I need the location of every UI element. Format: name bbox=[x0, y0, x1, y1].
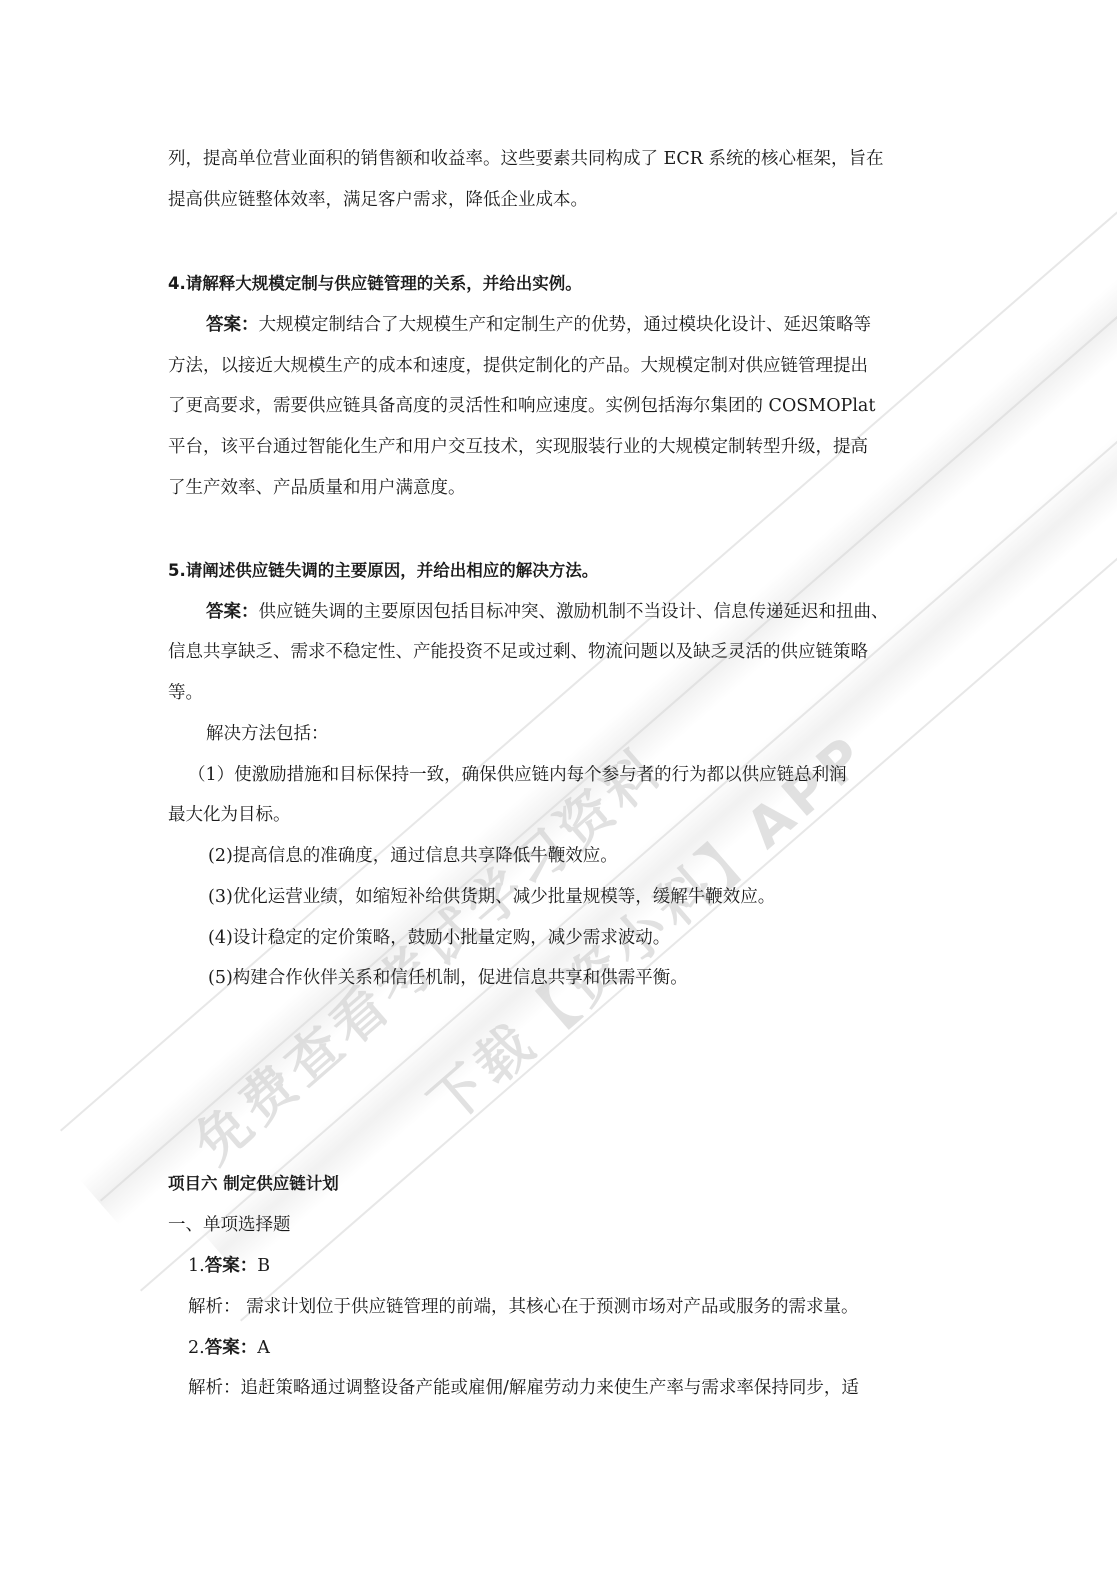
analysis-label: 解析： bbox=[188, 1378, 241, 1398]
answer-line: 了更高要求，需要供应链具备高度的灵活性和响应速度。实例包括海尔集团的 COSMO… bbox=[168, 394, 875, 418]
question-5-answer-line: 答案：供应链失调的主要原因包括目标冲突、激励机制不当设计、信息传递延迟和扭曲、 bbox=[206, 600, 889, 624]
section-heading: 一、单项选择题 bbox=[168, 1213, 291, 1237]
answer-label: 答案： bbox=[205, 1256, 258, 1276]
paragraph-line: 提高供应链整体效率，满足客户需求，降低企业成本。 bbox=[168, 188, 588, 212]
answer-label: 答案： bbox=[206, 315, 259, 335]
solution-item-5: (5)构建合作伙伴关系和信任机制，促进信息共享和供需平衡。 bbox=[208, 966, 688, 990]
answer-value: A bbox=[257, 1338, 270, 1358]
analysis-text: 需求计划位于供应链管理的前端，其核心在于预测市场对产品或服务的需求量。 bbox=[241, 1297, 859, 1317]
watermark: 免费查看考试学习资料 下载【资小料】APP bbox=[0, 0, 1117, 1579]
answer-label: 答案： bbox=[205, 1338, 258, 1358]
answer-value: B bbox=[257, 1256, 270, 1276]
answer-text: 供应链失调的主要原因包括目标冲突、激励机制不当设计、信息传递延迟和扭曲、 bbox=[259, 602, 889, 622]
watermark-stroke bbox=[140, 372, 1117, 1292]
question-5-title: 5.请阐述供应链失调的主要原因，并给出相应的解决方法。 bbox=[168, 559, 598, 583]
question-4-title: 4.请解释大规模定制与供应链管理的关系，并给出实例。 bbox=[168, 272, 582, 296]
solutions-intro: 解决方法包括： bbox=[206, 722, 329, 746]
answer-label: 答案： bbox=[206, 602, 259, 622]
project-6-title: 项目六 制定供应链计划 bbox=[168, 1172, 339, 1196]
item-number: 1. bbox=[188, 1256, 205, 1276]
mc-analysis-1: 解析： 需求计划位于供应链管理的前端，其核心在于预测市场对产品或服务的需求量。 bbox=[188, 1295, 859, 1319]
answer-line: 方法，以接近大规模生产的成本和速度，提供定制化的产品。大规模定制对供应链管理提出 bbox=[168, 354, 868, 378]
item-number: 2. bbox=[188, 1338, 205, 1358]
watermark-text-line1: 免费查看考试学习资料 bbox=[175, 726, 678, 1178]
mc-analysis-2: 解析：追赶策略通过调整设备产能或雇佣/解雇劳动力来使生产率与需求率保持同步，适 bbox=[188, 1376, 859, 1400]
solution-item-3: (3)优化运营业绩，如缩短补给供货期、减少批量规模等，缓解牛鞭效应。 bbox=[208, 885, 775, 909]
answer-line: 平台，该平台通过智能化生产和用户交互技术，实现服装行业的大规模定制转型升级，提高 bbox=[168, 435, 868, 459]
analysis-text: 追赶策略通过调整设备产能或雇佣/解雇劳动力来使生产率与需求率保持同步，适 bbox=[241, 1378, 859, 1398]
answer-text: 大规模定制结合了大规模生产和定制生产的优势，通过模块化设计、延迟策略等 bbox=[259, 315, 872, 335]
solution-item-2: (2)提高信息的准确度，通过信息共享降低牛鞭效应。 bbox=[208, 844, 618, 868]
solution-item-4: (4)设计稳定的定价策略，鼓励小批量定购，减少需求波动。 bbox=[208, 926, 670, 950]
answer-line: 等。 bbox=[168, 681, 203, 705]
solution-item-1-cont: 最大化为目标。 bbox=[168, 803, 291, 827]
answer-line: 信息共享缺乏、需求不稳定性、产能投资不足或过剩、物流问题以及缺乏灵活的供应链策略 bbox=[168, 640, 868, 664]
document-page: 免费查看考试学习资料 下载【资小料】APP 列，提高单位营业面积的销售额和收益率… bbox=[0, 0, 1117, 1579]
analysis-label: 解析： bbox=[188, 1297, 241, 1317]
mc-answer-2: 2.答案：A bbox=[188, 1336, 270, 1360]
answer-line: 了生产效率、产品质量和用户满意度。 bbox=[168, 476, 466, 500]
question-4-answer-line: 答案：大规模定制结合了大规模生产和定制生产的优势，通过模块化设计、延迟策略等 bbox=[206, 313, 871, 337]
mc-answer-1: 1.答案：B bbox=[188, 1254, 270, 1278]
solution-item-1: （1）使激励措施和目标保持一致，确保供应链内每个参与者的行为都以供应链总利润 bbox=[188, 763, 847, 787]
watermark-stroke bbox=[60, 212, 1117, 1132]
paragraph-line: 列，提高单位营业面积的销售额和收益率。这些要素共同构成了 ECR 系统的核心框架… bbox=[168, 147, 883, 171]
